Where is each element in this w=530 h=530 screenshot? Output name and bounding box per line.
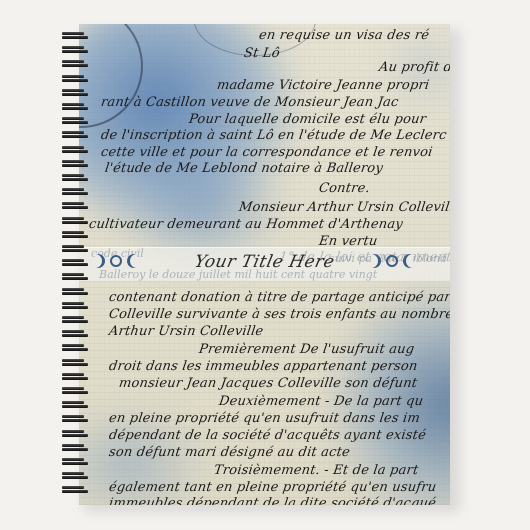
- spiral-ring: [62, 415, 88, 422]
- handwriting-line: cultivateur demeurant au Hommet d'Arthen…: [88, 217, 404, 232]
- spiral-ring: [62, 273, 88, 280]
- spiral-ring: [62, 217, 88, 224]
- spiral-ring: [62, 60, 88, 67]
- spiral-ring: [62, 401, 88, 408]
- handwriting-line: son défunt mari désigné au dit acte: [108, 445, 351, 460]
- spiral-ring: [62, 245, 88, 252]
- waning-crescent-moon-icon: [401, 254, 413, 268]
- spiral-ring: [62, 202, 88, 209]
- handwriting-line: contenant donation à titre de partage an…: [108, 290, 450, 305]
- handwriting-line: dépendant de la société d'acquêts ayant …: [108, 428, 427, 443]
- spiral-ring: [62, 46, 88, 53]
- handwriting-line: Pour laquelle domicile est élu pour: [188, 112, 427, 127]
- spiral-ring: [62, 330, 88, 337]
- handwriting-line: en pleine propriété qu'en usufruit dans …: [108, 411, 421, 426]
- spiral-ring: [62, 344, 88, 351]
- spiral-ring: [62, 430, 88, 437]
- spiral-ring: [62, 259, 88, 266]
- handwriting-line: Premièrement De l'usufruit aug: [198, 342, 415, 357]
- spiral-ring: [62, 302, 88, 309]
- spiral-ring: [62, 103, 88, 110]
- handwriting-line: également tant en pleine propriété qu'en…: [108, 480, 437, 495]
- handwriting-line: Arthur Ursin Colleville: [108, 324, 264, 339]
- handwriting-line: rant à Castillon veuve de Monsieur Jean …: [100, 95, 400, 110]
- handwriting-line: St Lô: [243, 46, 281, 61]
- spiral-ring: [62, 486, 88, 493]
- handwriting-line: Contre.: [318, 181, 371, 196]
- handwriting-line: droit dans les immeubles appartenant per…: [108, 359, 419, 374]
- spiral-ring: [62, 444, 88, 451]
- spiral-ring: [62, 288, 88, 295]
- spiral-ring: [62, 75, 88, 82]
- handwriting-line: madame Victoire Jeanne propri: [216, 78, 430, 93]
- spiral-ring: [62, 188, 88, 195]
- spiral-ring: [62, 359, 88, 366]
- handwriting-line: Monsieur Arthur Ursin Colleville: [238, 200, 450, 215]
- handwriting-line: Colleville survivante à ses trois enfant…: [108, 307, 450, 322]
- spiral-ring: [62, 32, 88, 39]
- title-band: code civilBalleroy le douze juillet mil …: [79, 247, 450, 282]
- handwriting-line: en requise un visa des ré: [258, 28, 430, 43]
- spiral-ring: [62, 160, 88, 167]
- spiral-ring: [62, 117, 88, 124]
- spiral-ring: [62, 472, 88, 479]
- handwriting-line: monsieur Jean Jacques Colleville son déf…: [118, 376, 418, 391]
- handwriting-line: cette ville et pour la correspondance et…: [100, 145, 434, 160]
- waxing-crescent-moon-icon: [371, 254, 383, 268]
- handwriting-line: Deuxièmement - De la part qu: [218, 394, 424, 409]
- spiral-ring: [62, 89, 88, 96]
- spiral-ring: [62, 387, 88, 394]
- handwriting-line: Au profit de: [378, 60, 450, 75]
- spiral-ring: [62, 458, 88, 465]
- moon-phases-right: [371, 254, 413, 268]
- handwriting-line: immeubles dépendant de la dite société d…: [108, 496, 437, 505]
- handwriting-line: de l'inscription à saint Lô en l'étude d…: [100, 128, 448, 143]
- spiral-binding: [62, 32, 92, 502]
- spiral-ring: [62, 231, 88, 238]
- handwriting-line: Troisièmement. - Et de la part: [213, 463, 419, 478]
- spiral-ring: [62, 373, 88, 380]
- spiral-ring: [62, 316, 88, 323]
- spiral-ring: [62, 174, 88, 181]
- full-moon-icon: [386, 255, 398, 267]
- notebook-cover: FRANÇAISE en requise un visa des réSt Lô…: [79, 24, 450, 505]
- spiral-ring: [62, 146, 88, 153]
- handwriting-line: l'étude de Me Leblond notaire à Balleroy: [104, 161, 384, 176]
- spiral-ring: [62, 131, 88, 138]
